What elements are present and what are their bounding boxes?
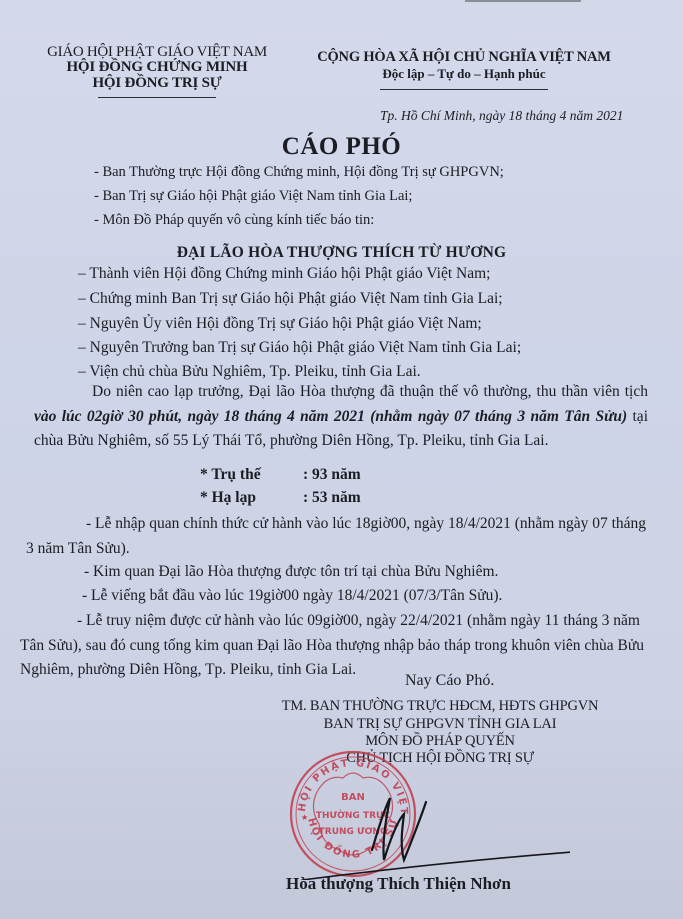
recipient-line: - Ban Trị sự Giáo hội Phật giáo Việt Nam… [94, 188, 412, 205]
schedule-text: - Lễ viếng bắt đầu vào lúc 19giờ00 ngày … [82, 587, 502, 604]
stat-label: * Hạ lạp [200, 489, 256, 507]
role-line: – Thành viên Hội đồng Chứng minh Giáo hộ… [78, 265, 490, 283]
org-line-3: HỘI ĐỒNG TRỊ SỰ [26, 75, 288, 91]
schedule-text: - Kim quan Đại lão Hòa thượng được tôn t… [84, 563, 498, 580]
announcement-paragraph: Do niên cao lạp trưởng, Đại lão Hòa thượ… [34, 380, 648, 454]
recipient-line: - Ban Thường trực Hội đồng Chứng minh, H… [94, 164, 504, 181]
signature-title-line: TM. BAN THƯỜNG TRỰC HĐCM, HĐTS GHPGVN [230, 698, 650, 716]
announcement-time: vào lúc 02giờ 30 phút, ngày 18 tháng 4 n… [34, 408, 627, 425]
stat-value: : 53 năm [303, 489, 361, 507]
schedule-item: - Lễ truy niệm được cử hành vào lúc 09gi… [20, 609, 660, 683]
document-date: Tp. Hồ Chí Minh, ngày 18 tháng 4 năm 202… [380, 108, 623, 124]
schedule-item: - Lễ viếng bắt đầu vào lúc 19giờ00 ngày … [26, 584, 666, 609]
org-line-2: HỘI ĐỒNG CHỨNG MINH [26, 59, 288, 75]
recipient-line: - Môn Đồ Pháp quyến vô cùng kính tiếc bá… [94, 212, 374, 229]
schedule-item: - Lễ nhập quan chính thức cử hành vào lú… [26, 512, 656, 561]
role-line: – Chứng minh Ban Trị sự Giáo hội Phật gi… [78, 290, 503, 308]
stat-label: * Trụ thế [200, 466, 261, 484]
country-name: CỘNG HÒA XÃ HỘI CHỦ NGHĨA VIỆT NAM [304, 48, 624, 66]
role-line: – Viện chủ chùa Bửu Nghiêm, Tp. Pleiku, … [78, 363, 421, 381]
role-line: – Nguyên Ủy viên Hội đồng Trị sự Giáo hộ… [78, 315, 482, 333]
schedule-text: - Lễ truy niệm được cử hành vào lúc 09gi… [20, 612, 644, 678]
role-line: – Nguyên Trưởng ban Trị sự Giáo hội Phật… [78, 339, 521, 357]
org-line-1: GIÁO HỘI PHẬT GIÁO VIỆT NAM [26, 45, 288, 59]
photo-edge-shadow [465, 0, 581, 2]
motto-underline [380, 89, 548, 90]
org-underline [98, 97, 216, 98]
announcement-text: Do niên cao lạp trưởng, Đại lão Hòa thượ… [92, 383, 648, 400]
header-organization: GIÁO HỘI PHẬT GIÁO VIỆT NAM HỘI ĐỒNG CHỨ… [26, 45, 288, 98]
stat-value: : 93 năm [303, 466, 361, 484]
closing-line: Nay Cáo Phó. [405, 672, 494, 690]
deceased-name: ĐẠI LÃO HÒA THƯỢNG THÍCH TỪ HƯƠNG [0, 244, 683, 262]
motto: Độc lập – Tự do – Hạnh phúc [304, 66, 624, 82]
handwritten-signature-icon [300, 780, 570, 880]
signature-title-line: BAN TRỊ SỰ GHPGVN TỈNH GIA LAI [230, 716, 650, 734]
header-national-motto: CỘNG HÒA XÃ HỘI CHỦ NGHĨA VIỆT NAM Độc l… [304, 48, 624, 90]
document-title: CÁO PHÓ [0, 133, 683, 161]
schedule-item: - Kim quan Đại lão Hòa thượng được tôn t… [26, 560, 666, 585]
schedule-text: - Lễ nhập quan chính thức cử hành vào lú… [26, 515, 646, 557]
signer-name: Hòa thượng Thích Thiện Nhơn [286, 874, 511, 894]
